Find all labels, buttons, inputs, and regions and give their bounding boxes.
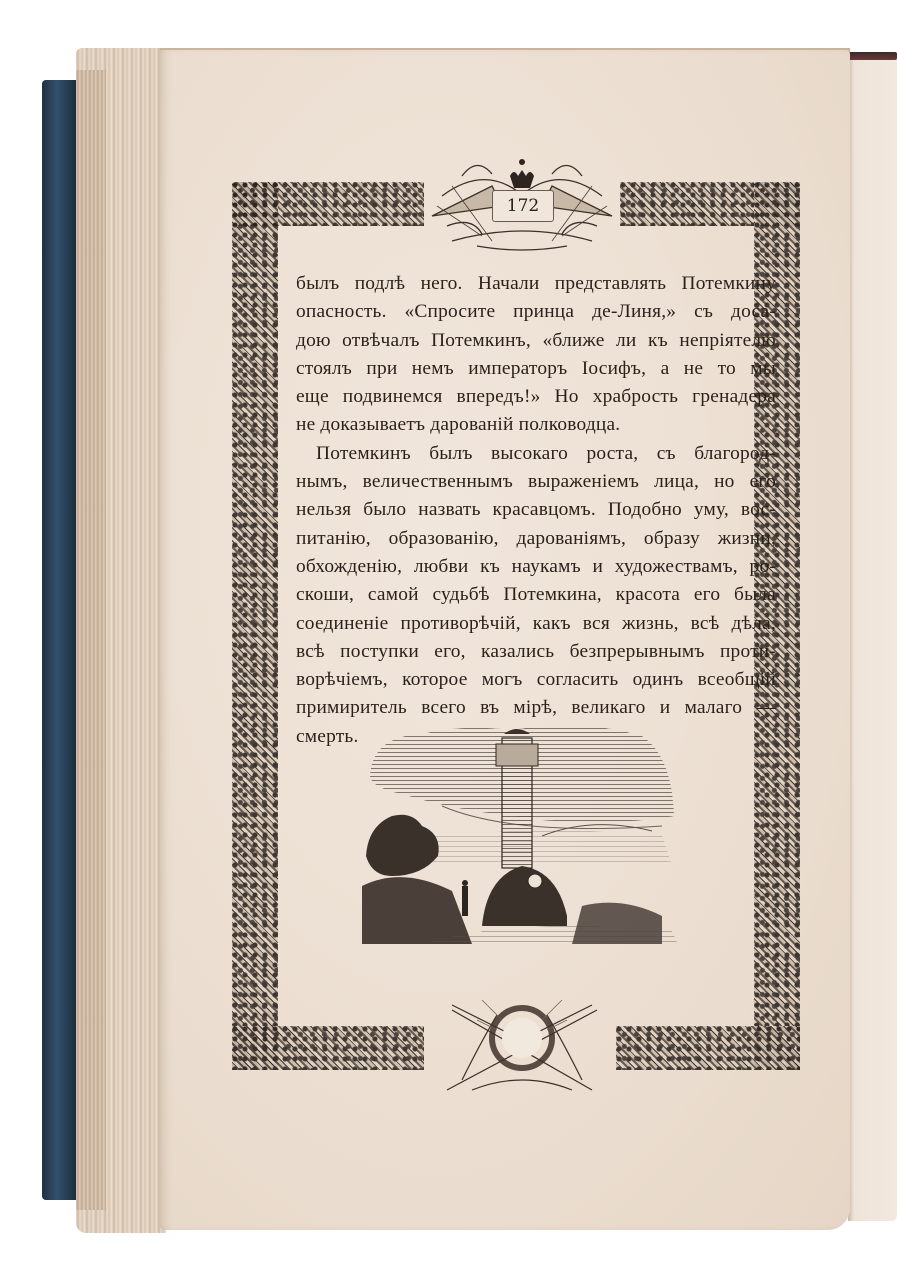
text-line: дою отвѣчалъ Потемкинъ, «ближе ли къ неп… <box>296 327 776 355</box>
paragraph-1: былъ подлѣ него. Начали представлять Пот… <box>296 270 776 440</box>
header-ornament: 172 <box>422 146 622 256</box>
paragraph-2: Потемкинъ былъ высокаго роста, съ благор… <box>296 440 776 751</box>
text-line: опасность. «Спросите принца де-Линя,» съ… <box>296 298 776 326</box>
monument-illustration-icon <box>362 716 678 944</box>
text-line: былъ подлѣ него. Начали представлять Пот… <box>296 270 776 298</box>
text-line: скоши, самой судьбѣ Потемкина, красота е… <box>296 581 776 609</box>
text-line: ворѣчіемъ, которое могъ согласить одинъ … <box>296 666 776 694</box>
text-line: Потемкинъ былъ высокаго роста, съ благор… <box>296 440 776 468</box>
text-line: обхожденію, любви къ наукамъ и художеств… <box>296 553 776 581</box>
column-monument-engraving <box>362 716 678 944</box>
text-line: соединеніе противорѣчій, какъ вся жизнь,… <box>296 610 776 638</box>
floral-border-bottom-left <box>232 1026 424 1070</box>
floral-border-bottom-right <box>616 1026 800 1070</box>
text-line: еще подвинемся впередъ!» Но храбрость гр… <box>296 383 776 411</box>
text-line: не доказываетъ дарованій полководца. <box>296 411 776 439</box>
body-text: былъ подлѣ него. Начали представлять Пот… <box>296 270 776 751</box>
text-line: питанію, образованію, дарованіямъ, образ… <box>296 525 776 553</box>
wreath-swords-ornament-icon <box>422 990 622 1102</box>
text-line: нымъ, величественнымъ выраженіемъ лица, … <box>296 468 776 496</box>
page-number: 172 <box>492 190 554 222</box>
text-line: нельзя было назвать красавцомъ. Подобно … <box>296 496 776 524</box>
page-stack-edge-inner <box>76 70 106 1210</box>
text-line: стоялъ при немъ императоръ Іосифъ, а не … <box>296 355 776 383</box>
facing-page-edge <box>848 56 897 1221</box>
text-line: всѣ поступки его, казались безпрерывнымъ… <box>296 638 776 666</box>
book-cover-spine <box>42 80 78 1200</box>
footer-ornament <box>422 990 622 1102</box>
floral-border-left <box>232 182 278 1070</box>
